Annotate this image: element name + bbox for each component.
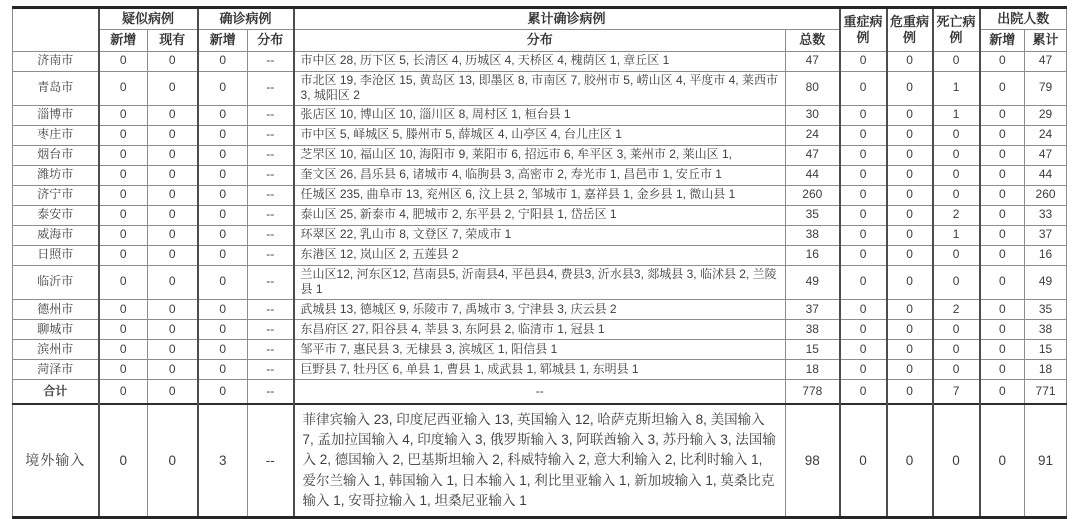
- table-body: 济南市000--市中区 28, 历下区 5, 长清区 4, 历城区 4, 天桥区…: [13, 51, 1067, 518]
- cell-suspected-current: 0: [148, 185, 198, 205]
- cell-confirmed-dist: --: [248, 205, 294, 225]
- cell-death: 0: [933, 145, 980, 165]
- cell-discharged-cum: 37: [1025, 225, 1067, 245]
- cell-cumulative-total: 38: [786, 319, 840, 339]
- cell-suspected-current: 0: [148, 105, 198, 125]
- cell-cumulative-dist: 兰山区12, 河东区12, 莒南县5, 沂南县4, 平邑县4, 费县3, 沂水县…: [294, 265, 786, 299]
- cell-confirmed-dist: --: [248, 404, 294, 518]
- cell-critical: 0: [887, 185, 933, 205]
- cell-cumulative-dist: 武城县 13, 德城区 9, 乐陵市 7, 禹城市 3, 宁津县 3, 庆云县 …: [294, 299, 786, 319]
- cell-suspected-current: 0: [148, 265, 198, 299]
- cell-cumulative-dist: 奎文区 26, 昌乐县 6, 诸城市 4, 临朐县 3, 高密市 2, 寿光市 …: [294, 165, 786, 185]
- cell-critical: 0: [887, 205, 933, 225]
- cell-confirmed-dist: --: [248, 299, 294, 319]
- cell-confirmed-dist: --: [248, 225, 294, 245]
- cell-death: 2: [933, 205, 980, 225]
- cell-discharged-cum: 18: [1025, 359, 1067, 379]
- cell-severe: 0: [840, 245, 887, 265]
- header-critical-cases: 危重病例: [887, 8, 933, 52]
- cell-severe: 0: [840, 185, 887, 205]
- table-row-菏泽市: 菏泽市000--巨野县 7, 牡丹区 6, 单县 1, 曹县 1, 成武县 1,…: [13, 359, 1067, 379]
- cell-name: 临沂市: [13, 265, 99, 299]
- cell-suspected-current: 0: [148, 404, 198, 518]
- cell-confirmed-dist: --: [248, 51, 294, 71]
- cell-death: 0: [933, 359, 980, 379]
- cell-discharged-new: 0: [980, 225, 1025, 245]
- cell-severe: 0: [840, 125, 887, 145]
- cell-discharged-cum: 15: [1025, 339, 1067, 359]
- cell-cumulative-total: 778: [786, 379, 840, 404]
- cell-confirmed-dist: --: [248, 145, 294, 165]
- cell-confirmed-dist: --: [248, 125, 294, 145]
- cell-name: 聊城市: [13, 319, 99, 339]
- cell-discharged-cum: 91: [1025, 404, 1067, 518]
- cell-discharged-new: 0: [980, 319, 1025, 339]
- cell-severe: 0: [840, 205, 887, 225]
- cell-cumulative-total: 260: [786, 185, 840, 205]
- cell-suspected-current: 0: [148, 145, 198, 165]
- cell-confirmed-dist: --: [248, 245, 294, 265]
- cell-severe: 0: [840, 339, 887, 359]
- cell-cumulative-total: 35: [786, 205, 840, 225]
- header-cumulative-total: 总数: [786, 30, 840, 51]
- cell-name: 泰安市: [13, 205, 99, 225]
- cell-severe: 0: [840, 71, 887, 105]
- cell-cumulative-dist: 张店区 10, 博山区 10, 淄川区 8, 周村区 1, 桓台县 1: [294, 105, 786, 125]
- cell-critical: 0: [887, 299, 933, 319]
- cell-death: 0: [933, 185, 980, 205]
- cell-suspected-current: 0: [148, 245, 198, 265]
- cell-confirmed-new: 0: [198, 51, 248, 71]
- cell-severe: 0: [840, 265, 887, 299]
- cell-confirmed-new: 0: [198, 165, 248, 185]
- cell-discharged-cum: 38: [1025, 319, 1067, 339]
- cell-death: 0: [933, 245, 980, 265]
- header-death-cases: 死亡病例: [933, 8, 980, 52]
- table-row-德州市: 德州市000--武城县 13, 德城区 9, 乐陵市 7, 禹城市 3, 宁津县…: [13, 299, 1067, 319]
- cell-suspected-current: 0: [148, 125, 198, 145]
- cell-name: 济南市: [13, 51, 99, 71]
- cell-confirmed-dist: --: [248, 185, 294, 205]
- cell-suspected-new: 0: [99, 105, 148, 125]
- cell-discharged-cum: 47: [1025, 145, 1067, 165]
- cell-cumulative-total: 47: [786, 51, 840, 71]
- cell-critical: 0: [887, 319, 933, 339]
- cell-suspected-new: 0: [99, 319, 148, 339]
- cell-suspected-current: 0: [148, 165, 198, 185]
- cell-cumulative-total: 49: [786, 265, 840, 299]
- header-confirmed-dist: 分布: [248, 30, 294, 51]
- cell-suspected-new: 0: [99, 51, 148, 71]
- cell-cumulative-dist: 菲律宾输入 23, 印度尼西亚输入 13, 英国输入 12, 哈萨克斯坦输入 8…: [294, 404, 786, 518]
- header-group-row: 疑似病例 确诊病例 累计确诊病例 重症病例 危重病例 死亡病例 出院人数: [13, 8, 1067, 30]
- cell-discharged-cum: 49: [1025, 265, 1067, 299]
- header-cumulative-dist: 分布: [294, 30, 786, 51]
- cell-cumulative-total: 16: [786, 245, 840, 265]
- page: 疑似病例 确诊病例 累计确诊病例 重症病例 危重病例 死亡病例 出院人数 新增 …: [0, 0, 1080, 443]
- cell-discharged-new: 0: [980, 359, 1025, 379]
- cell-discharged-new: 0: [980, 245, 1025, 265]
- cell-confirmed-new: 0: [198, 319, 248, 339]
- cell-discharged-cum: 260: [1025, 185, 1067, 205]
- cell-suspected-current: 0: [148, 225, 198, 245]
- table-row-青岛市: 青岛市000--市北区 19, 李沧区 15, 黄岛区 13, 即墨区 8, 市…: [13, 71, 1067, 105]
- cell-cumulative-total: 44: [786, 165, 840, 185]
- cell-confirmed-new: 0: [198, 125, 248, 145]
- cell-confirmed-dist: --: [248, 265, 294, 299]
- cell-suspected-current: 0: [148, 319, 198, 339]
- cell-name: 滨州市: [13, 339, 99, 359]
- cell-cumulative-dist: 巨野县 7, 牡丹区 6, 单县 1, 曹县 1, 成武县 1, 郓城县 1, …: [294, 359, 786, 379]
- cell-cumulative-dist: 泰山区 25, 新泰市 4, 肥城市 2, 东平县 2, 宁阳县 1, 岱岳区 …: [294, 205, 786, 225]
- cell-discharged-new: 0: [980, 265, 1025, 299]
- cell-discharged-new: 0: [980, 125, 1025, 145]
- cell-confirmed-dist: --: [248, 339, 294, 359]
- cell-discharged-cum: 771: [1025, 379, 1067, 404]
- header-suspected-current: 现有: [148, 30, 198, 51]
- cell-critical: 0: [887, 379, 933, 404]
- cell-death: 0: [933, 51, 980, 71]
- table-row-枣庄市: 枣庄市000--市中区 5, 峄城区 5, 滕州市 5, 薛城区 4, 山亭区 …: [13, 125, 1067, 145]
- cell-suspected-new: 0: [99, 185, 148, 205]
- cell-confirmed-dist: --: [248, 359, 294, 379]
- cell-cumulative-dist: 邹平市 7, 惠民县 3, 无棣县 3, 滨城区 1, 阳信县 1: [294, 339, 786, 359]
- cell-death: 0: [933, 319, 980, 339]
- cell-suspected-new: 0: [99, 299, 148, 319]
- cell-suspected-new: 0: [99, 339, 148, 359]
- table-row-泰安市: 泰安市000--泰山区 25, 新泰市 4, 肥城市 2, 东平县 2, 宁阳县…: [13, 205, 1067, 225]
- cell-suspected-new: 0: [99, 145, 148, 165]
- cell-death: 7: [933, 379, 980, 404]
- cell-severe: 0: [840, 359, 887, 379]
- cell-discharged-new: 0: [980, 299, 1025, 319]
- cell-suspected-new: 0: [99, 165, 148, 185]
- cell-death: 2: [933, 299, 980, 319]
- cell-suspected-current: 0: [148, 205, 198, 225]
- cell-name: 菏泽市: [13, 359, 99, 379]
- cell-discharged-new: 0: [980, 339, 1025, 359]
- cell-discharged-new: 0: [980, 379, 1025, 404]
- cell-confirmed-new: 0: [198, 265, 248, 299]
- cell-name: 淄博市: [13, 105, 99, 125]
- cell-suspected-new: 0: [99, 71, 148, 105]
- cell-discharged-cum: 35: [1025, 299, 1067, 319]
- cell-confirmed-new: 0: [198, 145, 248, 165]
- cell-name: 威海市: [13, 225, 99, 245]
- cell-discharged-new: 0: [980, 145, 1025, 165]
- cell-confirmed-new: 0: [198, 71, 248, 105]
- cell-cumulative-dist: 市中区 28, 历下区 5, 长清区 4, 历城区 4, 天桥区 4, 槐荫区 …: [294, 51, 786, 71]
- cell-name: 烟台市: [13, 145, 99, 165]
- cell-cumulative-total: 47: [786, 145, 840, 165]
- cell-confirmed-dist: --: [248, 319, 294, 339]
- cell-severe: 0: [840, 51, 887, 71]
- cell-severe: 0: [840, 145, 887, 165]
- cell-name: 潍坊市: [13, 165, 99, 185]
- cell-suspected-new: 0: [99, 245, 148, 265]
- cell-name: 境外输入: [13, 404, 99, 518]
- cell-name: 合计: [13, 379, 99, 404]
- cell-death: 0: [933, 404, 980, 518]
- cell-critical: 0: [887, 165, 933, 185]
- cell-death: 0: [933, 165, 980, 185]
- cell-name: 枣庄市: [13, 125, 99, 145]
- cell-death: 0: [933, 339, 980, 359]
- table-row-潍坊市: 潍坊市000--奎文区 26, 昌乐县 6, 诸城市 4, 临朐县 3, 高密市…: [13, 165, 1067, 185]
- cell-confirmed-new: 3: [198, 404, 248, 518]
- header-severe-cases: 重症病例: [840, 8, 887, 52]
- cell-cumulative-dist: 东昌府区 27, 阳谷县 4, 莘县 3, 东阿县 2, 临清市 1, 冠县 1: [294, 319, 786, 339]
- table-row-济南市: 济南市000--市中区 28, 历下区 5, 长清区 4, 历城区 4, 天桥区…: [13, 51, 1067, 71]
- cell-suspected-current: 0: [148, 71, 198, 105]
- cell-confirmed-new: 0: [198, 105, 248, 125]
- cell-discharged-cum: 29: [1025, 105, 1067, 125]
- cell-suspected-current: 0: [148, 339, 198, 359]
- cell-discharged-new: 0: [980, 71, 1025, 105]
- cell-name: 青岛市: [13, 71, 99, 105]
- cell-confirmed-new: 0: [198, 205, 248, 225]
- cell-cumulative-total: 38: [786, 225, 840, 245]
- cell-discharged-cum: 16: [1025, 245, 1067, 265]
- cell-severe: 0: [840, 404, 887, 518]
- cell-discharged-cum: 79: [1025, 71, 1067, 105]
- cell-confirmed-new: 0: [198, 225, 248, 245]
- table-row-imported: 境外输入003--菲律宾输入 23, 印度尼西亚输入 13, 英国输入 12, …: [13, 404, 1067, 518]
- cell-death: 0: [933, 125, 980, 145]
- cell-discharged-new: 0: [980, 205, 1025, 225]
- table-row-济宁市: 济宁市000--任城区 235, 曲阜市 13, 兖州区 6, 汶上县 2, 邹…: [13, 185, 1067, 205]
- cell-suspected-new: 0: [99, 225, 148, 245]
- cell-suspected-new: 0: [99, 265, 148, 299]
- cell-suspected-new: 0: [99, 125, 148, 145]
- cell-critical: 0: [887, 265, 933, 299]
- cell-cumulative-total: 18: [786, 359, 840, 379]
- cell-severe: 0: [840, 379, 887, 404]
- cell-cumulative-dist: 环翠区 22, 乳山市 8, 文登区 7, 荣成市 1: [294, 225, 786, 245]
- table-row-淄博市: 淄博市000--张店区 10, 博山区 10, 淄川区 8, 周村区 1, 桓台…: [13, 105, 1067, 125]
- cell-severe: 0: [840, 165, 887, 185]
- cell-confirmed-new: 0: [198, 359, 248, 379]
- cell-discharged-new: 0: [980, 165, 1025, 185]
- cell-suspected-current: 0: [148, 379, 198, 404]
- cell-critical: 0: [887, 359, 933, 379]
- cell-confirmed-dist: --: [248, 379, 294, 404]
- table-header: 疑似病例 确诊病例 累计确诊病例 重症病例 危重病例 死亡病例 出院人数 新增 …: [13, 8, 1067, 52]
- cell-critical: 0: [887, 225, 933, 245]
- cell-cumulative-total: 80: [786, 71, 840, 105]
- cell-cumulative-total: 24: [786, 125, 840, 145]
- cell-critical: 0: [887, 245, 933, 265]
- header-discharged: 出院人数: [980, 8, 1067, 30]
- cell-cumulative-total: 15: [786, 339, 840, 359]
- header-discharged-new: 新增: [980, 30, 1025, 51]
- table-row-日照市: 日照市000--东港区 12, 岚山区 2, 五莲县 216000016: [13, 245, 1067, 265]
- cell-discharged-new: 0: [980, 51, 1025, 71]
- cell-suspected-current: 0: [148, 359, 198, 379]
- cell-cumulative-dist: 东港区 12, 岚山区 2, 五莲县 2: [294, 245, 786, 265]
- cell-confirmed-dist: --: [248, 71, 294, 105]
- table-row-聊城市: 聊城市000--东昌府区 27, 阳谷县 4, 莘县 3, 东阿县 2, 临清市…: [13, 319, 1067, 339]
- cell-discharged-cum: 47: [1025, 51, 1067, 71]
- cell-confirmed-new: 0: [198, 185, 248, 205]
- cell-suspected-new: 0: [99, 404, 148, 518]
- cell-suspected-new: 0: [99, 205, 148, 225]
- cell-severe: 0: [840, 299, 887, 319]
- cell-confirmed-new: 0: [198, 245, 248, 265]
- cell-suspected-new: 0: [99, 359, 148, 379]
- cell-critical: 0: [887, 71, 933, 105]
- cell-discharged-cum: 44: [1025, 165, 1067, 185]
- cell-cumulative-dist: --: [294, 379, 786, 404]
- cell-suspected-new: 0: [99, 379, 148, 404]
- table-row-临沂市: 临沂市000--兰山区12, 河东区12, 莒南县5, 沂南县4, 平邑县4, …: [13, 265, 1067, 299]
- cell-name: 济宁市: [13, 185, 99, 205]
- cell-cumulative-total: 98: [786, 404, 840, 518]
- cell-cumulative-dist: 任城区 235, 曲阜市 13, 兖州区 6, 汶上县 2, 邹城市 1, 嘉祥…: [294, 185, 786, 205]
- cell-death: 0: [933, 265, 980, 299]
- header-discharged-cum: 累计: [1025, 30, 1067, 51]
- cell-confirmed-new: 0: [198, 339, 248, 359]
- cell-name: 日照市: [13, 245, 99, 265]
- cell-death: 1: [933, 105, 980, 125]
- header-suspected-cases: 疑似病例: [99, 8, 198, 30]
- table-row-滨州市: 滨州市000--邹平市 7, 惠民县 3, 无棣县 3, 滨城区 1, 阳信县 …: [13, 339, 1067, 359]
- cell-severe: 0: [840, 225, 887, 245]
- cell-severe: 0: [840, 319, 887, 339]
- cell-confirmed-dist: --: [248, 165, 294, 185]
- cell-cumulative-dist: 芝罘区 10, 福山区 10, 海阳市 9, 莱阳市 6, 招远市 6, 牟平区…: [294, 145, 786, 165]
- cell-suspected-current: 0: [148, 51, 198, 71]
- cell-death: 1: [933, 225, 980, 245]
- corner-cell: [13, 8, 99, 52]
- cell-critical: 0: [887, 145, 933, 165]
- table-row-total: 合计000----7780070771: [13, 379, 1067, 404]
- cell-critical: 0: [887, 404, 933, 518]
- cell-cumulative-total: 30: [786, 105, 840, 125]
- header-cumulative-confirmed: 累计确诊病例: [294, 8, 840, 30]
- cell-confirmed-new: 0: [198, 299, 248, 319]
- covid-statistics-table: 疑似病例 确诊病例 累计确诊病例 重症病例 危重病例 死亡病例 出院人数 新增 …: [12, 6, 1067, 519]
- table-row-威海市: 威海市000--环翠区 22, 乳山市 8, 文登区 7, 荣成市 138001…: [13, 225, 1067, 245]
- cell-critical: 0: [887, 105, 933, 125]
- cell-discharged-new: 0: [980, 185, 1025, 205]
- cell-death: 1: [933, 71, 980, 105]
- cell-critical: 0: [887, 339, 933, 359]
- cell-discharged-new: 0: [980, 404, 1025, 518]
- cell-confirmed-new: 0: [198, 379, 248, 404]
- cell-severe: 0: [840, 105, 887, 125]
- cell-critical: 0: [887, 51, 933, 71]
- cell-critical: 0: [887, 125, 933, 145]
- header-confirmed-cases: 确诊病例: [198, 8, 294, 30]
- cell-name: 德州市: [13, 299, 99, 319]
- cell-discharged-cum: 24: [1025, 125, 1067, 145]
- cell-discharged-new: 0: [980, 105, 1025, 125]
- cell-discharged-cum: 33: [1025, 205, 1067, 225]
- table-row-烟台市: 烟台市000--芝罘区 10, 福山区 10, 海阳市 9, 莱阳市 6, 招远…: [13, 145, 1067, 165]
- cell-cumulative-dist: 市北区 19, 李沧区 15, 黄岛区 13, 即墨区 8, 市南区 7, 胶州…: [294, 71, 786, 105]
- cell-cumulative-dist: 市中区 5, 峄城区 5, 滕州市 5, 薛城区 4, 山亭区 4, 台儿庄区 …: [294, 125, 786, 145]
- cell-suspected-current: 0: [148, 299, 198, 319]
- cell-confirmed-dist: --: [248, 105, 294, 125]
- header-suspected-new: 新增: [99, 30, 148, 51]
- header-confirmed-new: 新增: [198, 30, 248, 51]
- cell-cumulative-total: 37: [786, 299, 840, 319]
